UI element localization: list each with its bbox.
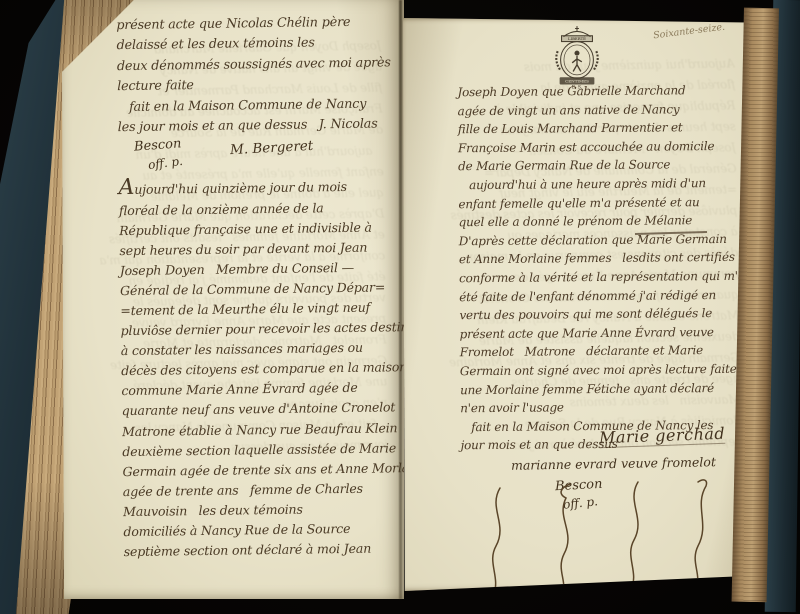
act-paragraph: Aujourd'hui quinzième jour du moisfloréa…: [118, 174, 429, 562]
manuscript-line: fille de Louis Marchand Parmentier et: [458, 118, 744, 139]
manuscript-line: Joseph Doyen que Gabrielle Marchand: [457, 81, 743, 102]
scanned-register-photo: Joseph Doyen que Gabrielle Marchandagée …: [0, 0, 800, 614]
manuscript-line: n'en avoir l'usage: [460, 397, 746, 418]
manuscript-line: aujourd'hui à une heure après midi d'un: [458, 174, 744, 195]
manuscript-line: les jour mois et an que dessus J. Nicola…: [118, 114, 424, 139]
paraph-flourishes: [488, 476, 728, 596]
left-page-text: présent acte que Nicolas Chélin pèredela…: [116, 12, 429, 562]
manuscript-line: été faite de l'enfant dénommé j'ai rédig…: [459, 285, 745, 306]
manuscript-line: vertu des pouvoirs qui me sont délégués …: [459, 304, 745, 325]
manuscript-line: conforme à la vérité et la représentatio…: [459, 267, 745, 288]
manuscript-line: enfant femelle qu'elle m'a présenté et a…: [458, 192, 744, 213]
stamp-band-text: LIBERTÉ: [568, 36, 586, 41]
revenue-stamp-icon: LIBERTÉ CENTIMES E. S.: [549, 25, 605, 89]
folio-number-note: Soixante-seize.: [653, 22, 726, 42]
manuscript-line: une Morlaine femme Fétiche ayant déclaré: [460, 378, 746, 399]
manuscript-line: Général de la Commune de Nancy Dépar=: [120, 277, 426, 301]
manuscript-line: quel elle a donné le prénom de Mélanie: [459, 211, 745, 232]
manuscript-line: Germain agée de trente six ans et Anne M…: [122, 458, 428, 482]
manuscript-line: agée de vingt un ans native de Nancy: [458, 99, 744, 120]
manuscript-line: Fromelot Matrone déclarante et Marie: [460, 341, 746, 362]
closing-paragraph: présent acte que Nicolas Chélin pèredela…: [116, 12, 423, 139]
book-gutter: [399, 0, 402, 599]
manuscript-line: et Anne Morlaine femmes lesdits ont cert…: [459, 248, 745, 269]
manuscript-line: Germain ont signé avec moi après lecture…: [460, 360, 746, 381]
right-page: Aujourd'hui quinzième jour du moisfloréa…: [403, 18, 757, 591]
manuscript-line: septième section ont déclaré à moi Jean: [124, 538, 430, 562]
left-page: Joseph Doyen que Gabrielle Marchandagée …: [62, 0, 404, 599]
manuscript-line: présent acte que Marie Anne Évrard veuve: [459, 322, 745, 343]
manuscript-line: Françoise Marin est accouchée au domicil…: [458, 137, 744, 158]
manuscript-line: de Marie Germain Rue de la Source: [458, 155, 744, 176]
right-page-text: Joseph Doyen que Gabrielle Marchandagée …: [457, 81, 746, 455]
